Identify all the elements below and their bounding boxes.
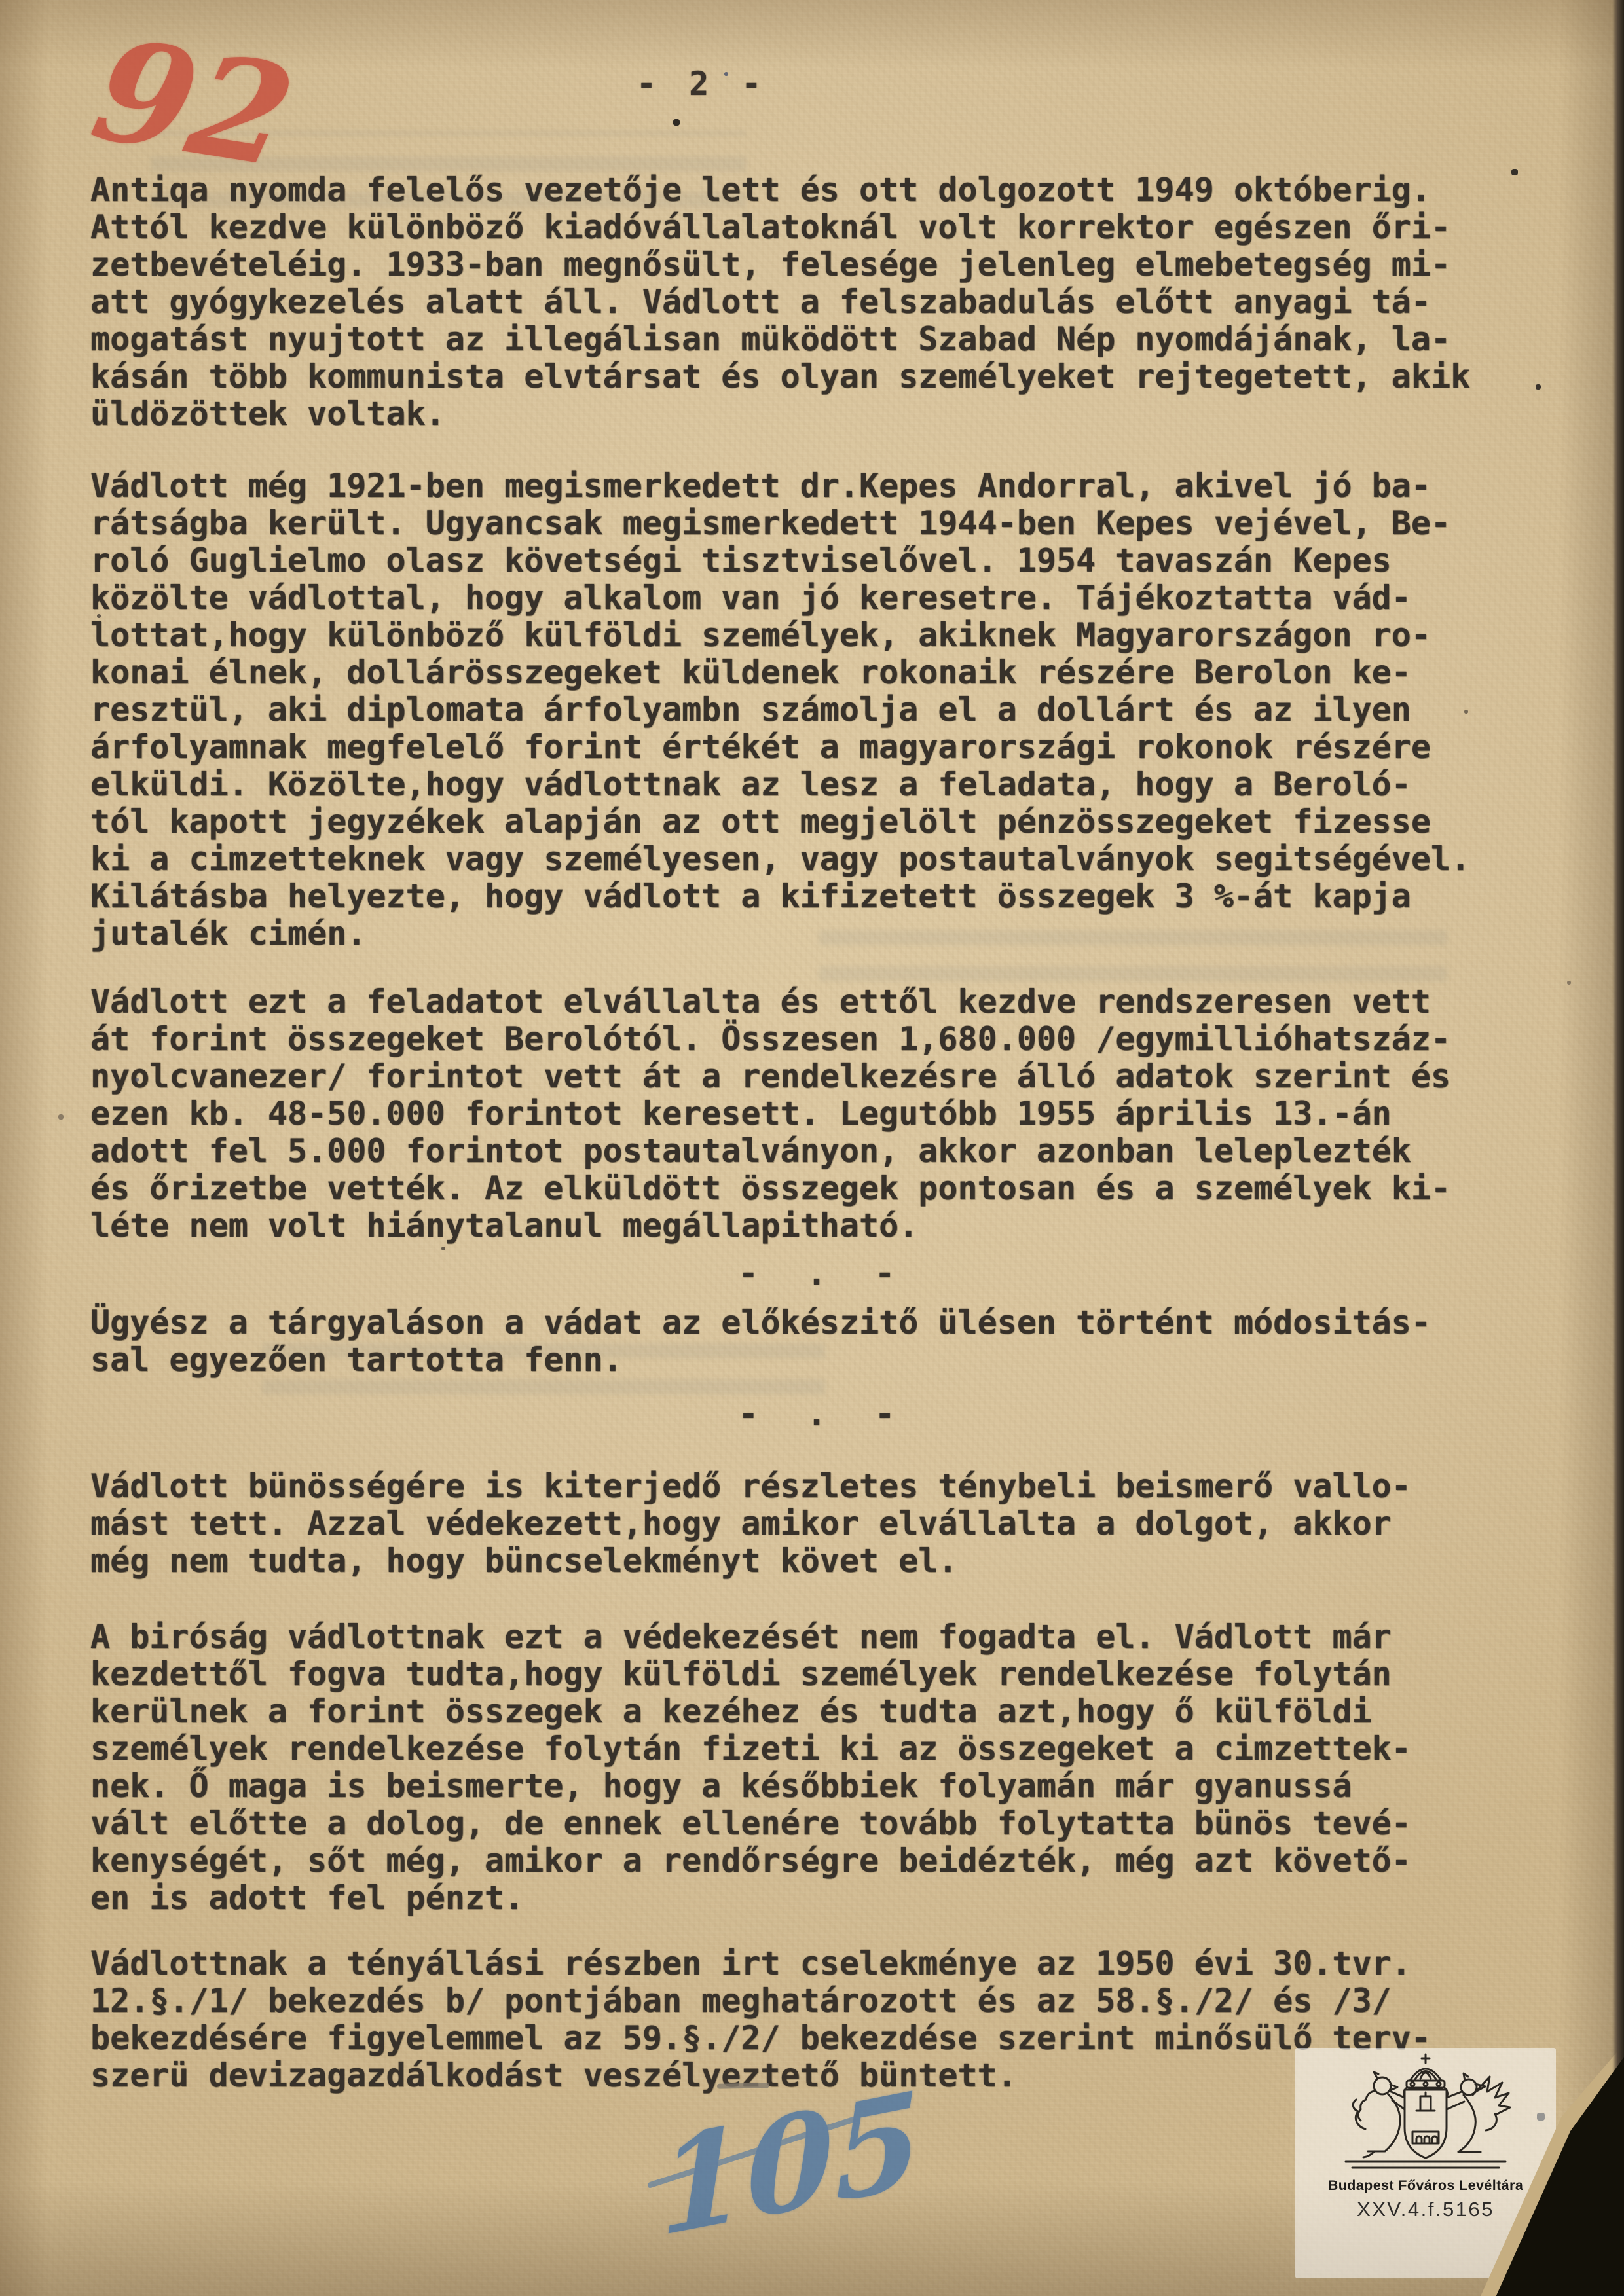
paragraph-4: Ügyész a tárgyaláson a vádat az előkészi… xyxy=(90,1304,1485,1379)
typewritten-text-block: Antiqa nyomda felelős vezetője lett és o… xyxy=(90,172,1485,2094)
paragraph-3: Vádlott ezt a feladatot elvállalta és et… xyxy=(90,983,1485,1245)
budapest-coat-of-arms-icon xyxy=(1327,2052,1524,2176)
paragraph-6: A biróság vádlottnak ezt a védekezését n… xyxy=(90,1618,1485,1917)
paragraph-7: Vádlottnak a tényállási részben irt csel… xyxy=(90,1945,1485,2094)
paragraph-1: Antiqa nyomda felelős vezetője lett és o… xyxy=(90,172,1485,433)
handwritten-folio-number-red: 92 xyxy=(83,20,304,186)
archive-name: Budapest Főváros Levéltára xyxy=(1328,2178,1523,2195)
handwritten-page-number-blue: 105 xyxy=(656,2074,924,2255)
scanned-document-page: 92 - 2 - Antiqa nyomda felelős vezetője … xyxy=(0,0,1624,2296)
section-separator: - . - xyxy=(90,1396,1485,1433)
archive-reference-number: XXV.4.f.5165 xyxy=(1357,2197,1494,2221)
page-number: - 2 - xyxy=(637,65,768,103)
pencil-underline-mark xyxy=(717,2083,769,2088)
paragraph-5: Vádlott bünösségére is kiterjedő részlet… xyxy=(90,1468,1485,1580)
section-separator: - . - xyxy=(90,1255,1485,1292)
scan-edge-shadow xyxy=(1612,0,1624,2296)
paragraph-2: Vádlott még 1921-ben megismerkedett dr.K… xyxy=(90,467,1485,953)
ink-specks xyxy=(0,0,1,1)
